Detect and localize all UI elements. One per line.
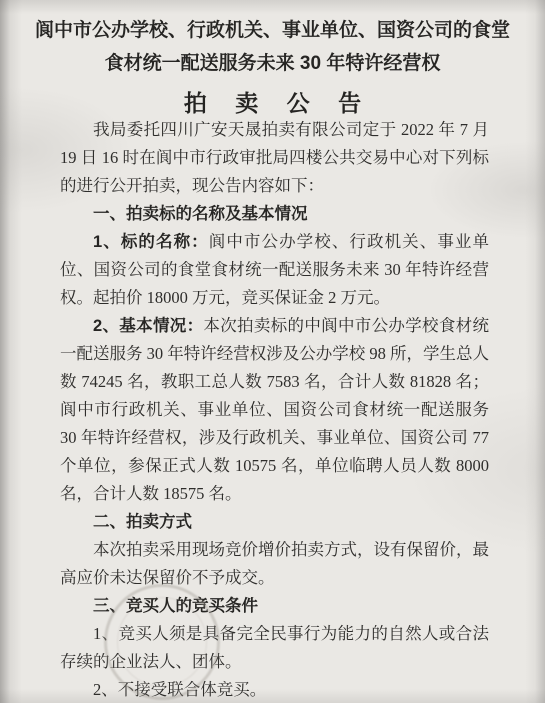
item2-text: 本次拍卖标的中阆中市公办学校食材统一配送服务 30 年特许经营权涉及公办学校 9…: [60, 316, 489, 503]
notice-heading: 拍 卖 公 告: [0, 85, 545, 118]
item2-paragraph: 2、基本情况：本次拍卖标的中阆中市公办学校食材统一配送服务 30 年特许经营权涉…: [60, 312, 489, 508]
seal-watermark-inner-ring: [117, 597, 207, 687]
seal-watermark: [104, 584, 220, 700]
intro-paragraph: 我局委托四川广安天晟拍卖有限公司定于 2022 年 7 月 19 日 16 时在…: [60, 116, 489, 200]
section1-heading: 一、拍卖标的名称及基本情况: [60, 200, 489, 228]
item1-paragraph: 1、标的名称：阆中市公办学校、行政机关、事业单位、国资公司的食堂食材统一配送服务…: [60, 228, 489, 312]
auction-notice-page: 阆中市公办学校、行政机关、事业单位、国资公司的食堂 食材统一配送服务未来 30 …: [0, 0, 545, 703]
section2-paragraph: 本次拍卖采用现场竞价增价拍卖方式，设有保留价，最高应价未达保留价不予成交。: [60, 536, 489, 592]
section2-text: 本次拍卖采用现场竞价增价拍卖方式，设有保留价，最高应价未达保留价不予成交。: [60, 540, 489, 587]
section2-heading: 二、拍卖方式: [60, 508, 489, 536]
item2-label: 2、基本情况：: [93, 317, 203, 335]
document-title-line1: 阆中市公办学校、行政机关、事业单位、国资公司的食堂: [34, 14, 511, 47]
intro-text: 我局委托四川广安天晟拍卖有限公司定于 2022 年 7 月 19 日 16 时在…: [60, 120, 489, 195]
item1-label: 1、标的名称：: [93, 233, 209, 251]
document-title: 阆中市公办学校、行政机关、事业单位、国资公司的食堂 食材统一配送服务未来 30 …: [34, 14, 511, 80]
document-title-line2: 食材统一配送服务未来 30 年特许经营权: [34, 47, 511, 80]
